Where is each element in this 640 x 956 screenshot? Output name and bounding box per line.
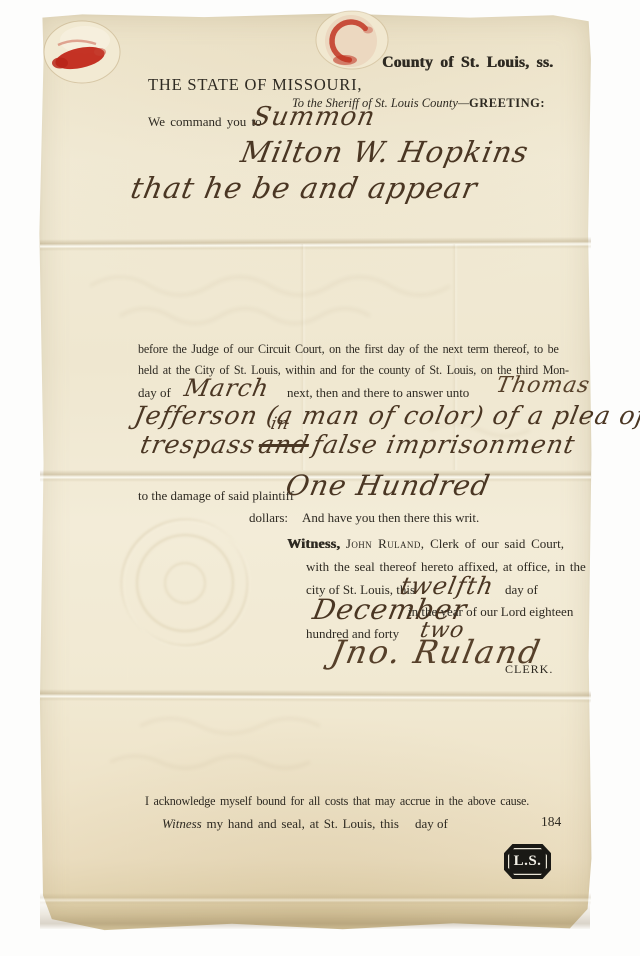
ls-seal-inner-border: L.S. (508, 848, 547, 875)
witness-line-1: Witness, John Ruland, Clerk of our said … (287, 536, 564, 553)
handwritten-defendant-name: Milton W. Hopkins (238, 135, 532, 169)
day-of-label: day of (138, 385, 171, 401)
day-of-label-2: day of (505, 582, 538, 598)
clerk-name-smallcaps: John Ruland, (346, 536, 425, 551)
handwritten-trespass: trespass (138, 430, 258, 459)
ls-seal-label: L.S. (514, 853, 542, 870)
handwritten-inserted-in: in (269, 414, 291, 434)
handwritten-struck-and: and (256, 430, 312, 459)
greeting-word: GREETING: (469, 96, 545, 110)
bond-witness-word: Witness (162, 816, 202, 831)
damage-of-plaintiff-line: to the damage of said plaintiff (138, 488, 294, 504)
body-line-1: before the Judge of our Circuit Court, o… (138, 341, 559, 357)
dollars-label: dollars: (249, 510, 288, 526)
acknowledge-costs-line: I acknowledge myself bound for all costs… (145, 793, 529, 809)
year-partial-184: 184 (541, 814, 561, 830)
state-of-missouri-title: THE STATE OF MISSOURI, (148, 75, 362, 95)
bond-witness-line: Witness my hand and seal, at St. Louis, … (162, 816, 399, 832)
answer-unto-line: next, then and there to answer unto (287, 385, 469, 401)
handwritten-trespass-line: trespassinandfalse imprisonment (138, 430, 578, 459)
scanned-document-page: County of St. Louis, ss. THE STATE OF MI… (0, 0, 640, 956)
writ-return-line: And have you then there this writ. (302, 510, 479, 526)
bond-witness-rest: my hand and seal, at St. Louis, this (206, 816, 398, 831)
handwritten-plaintiff-line: Jefferson (a man of color) of a plea of (132, 401, 640, 430)
clerk-of-court: Clerk of our said Court, (430, 536, 564, 551)
county-ss-line: County of St. Louis, ss. (382, 54, 553, 72)
handwritten-imprisonment: false imprisonment (310, 430, 578, 459)
caret-insertion: inand (256, 430, 312, 459)
handwritten-appear-clause: that he be and appear (128, 171, 481, 205)
handwritten-damage-amount: One Hundred (283, 469, 493, 502)
we-command-line: We command you to (148, 114, 262, 130)
handwritten-month-march: March (182, 374, 272, 402)
handwritten-summon: Summon (250, 102, 378, 132)
witness-word: Witness, (287, 537, 340, 552)
clerk-label: CLERK. (505, 662, 553, 677)
handwritten-plaintiff-first: Thomas (494, 373, 592, 398)
ls-seal-badge: L.S. (504, 844, 551, 879)
day-of-label-3: day of (415, 816, 448, 832)
